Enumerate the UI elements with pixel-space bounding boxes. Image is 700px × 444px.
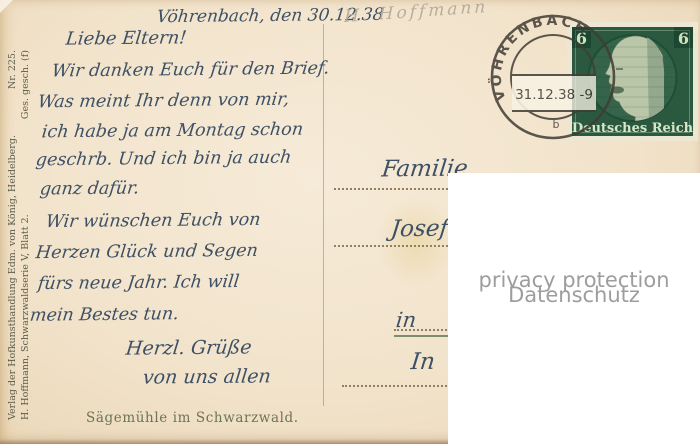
letter-line: Wir danken Euch für den Brief.: [51, 59, 331, 82]
letter-line: Liebe Eltern!: [65, 27, 188, 49]
stamp-value-right: 6: [678, 29, 689, 48]
closing-line: von uns allen: [142, 365, 272, 388]
letter-line: ganz dafür.: [39, 178, 140, 199]
privacy-overlay: privacy protection Datenschutz: [448, 173, 700, 444]
address-town: In: [410, 349, 437, 375]
letter-line: Was meint Ihr denn von mir,: [37, 90, 291, 113]
publisher-name: Verlag der Hofkunsthandlung Edm. von Kön…: [6, 135, 19, 420]
postmark-date: 31.12.38 -9: [515, 87, 593, 103]
letter-line: fürs neue Jahr. Ich will: [37, 272, 241, 294]
letter-line: Wir wünschen Euch von: [45, 210, 262, 232]
letter-line: geschrb. Und ich bin ja auch: [35, 148, 293, 171]
image-caption: Sägemühle im Schwarzwald.: [86, 410, 299, 426]
corner-wear: [0, 0, 13, 13]
privacy-text: privacy protection Datenschutz: [448, 273, 700, 303]
publisher-number: Nr. 225.: [6, 50, 19, 89]
publisher-imprint: Verlag der Hofkunsthandlung Edm. von Kön…: [6, 50, 32, 420]
postcard-back: Verlag der Hofkunsthandlung Edm. von Kön…: [0, 0, 700, 444]
publisher-line-2: H. Hoffmann, Schwarzwaldserie V, Blatt 2…: [19, 50, 32, 420]
closing-line: Herzl. Grüße: [125, 336, 253, 359]
letter-line: ich habe ja am Montag schon: [41, 120, 304, 143]
letter-line: Herzen Glück und Segen: [35, 241, 259, 263]
address-name: Josef: [390, 216, 450, 243]
postmark-code: b: [553, 118, 560, 131]
letter-line: mein Bestes tun.: [29, 304, 180, 326]
publisher-mark: Ges. gesch. (f): [19, 50, 32, 119]
postmark: VÖHRENBACH 31.12.38 -9 b: [488, 12, 620, 144]
publisher-line-1: Verlag der Hofkunsthandlung Edm. von Kön…: [6, 50, 19, 420]
center-divider: [323, 24, 324, 406]
